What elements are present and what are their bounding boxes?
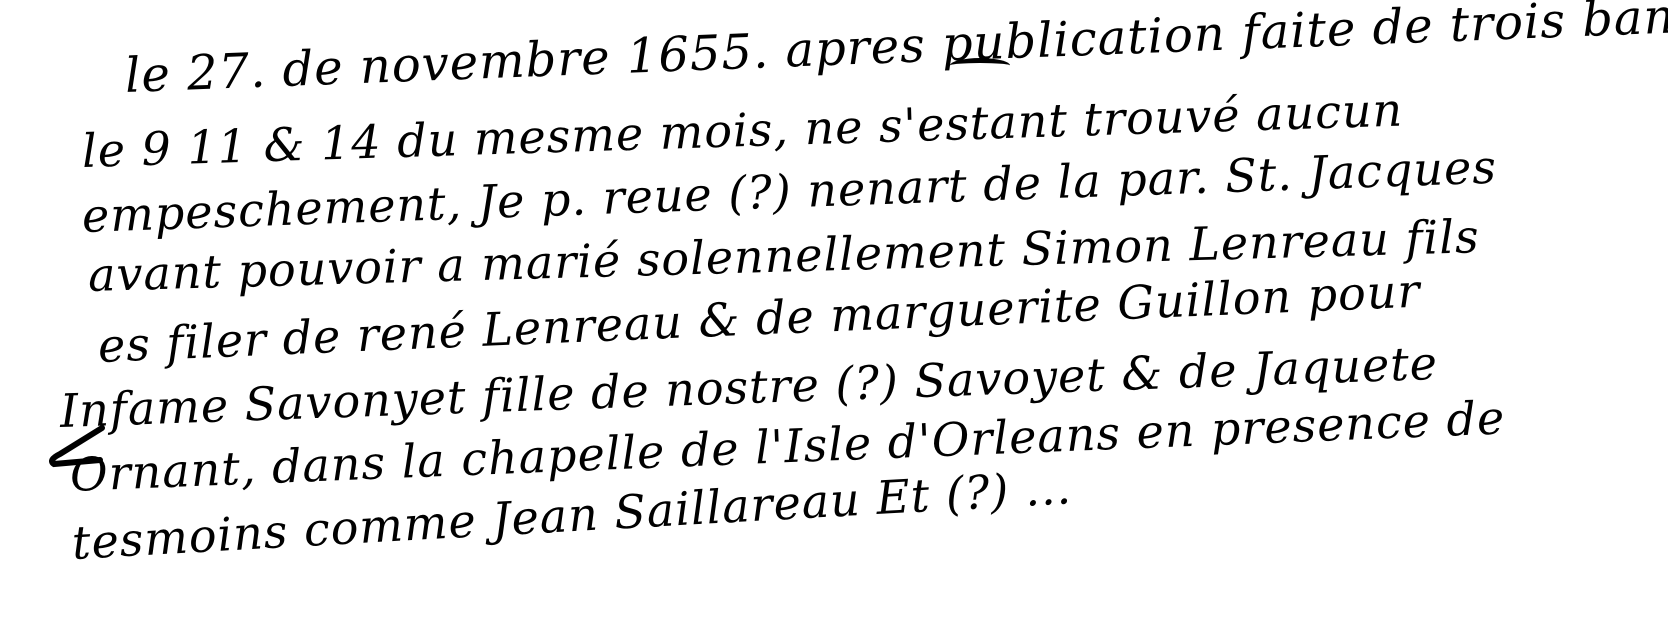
margin-arrow-icon	[40, 420, 110, 468]
manuscript-page: le 27. de novembre 1655. apres publicati…	[0, 0, 1668, 630]
manuscript-line-1: le 27. de novembre 1655. apres publicati…	[124, 0, 1668, 100]
